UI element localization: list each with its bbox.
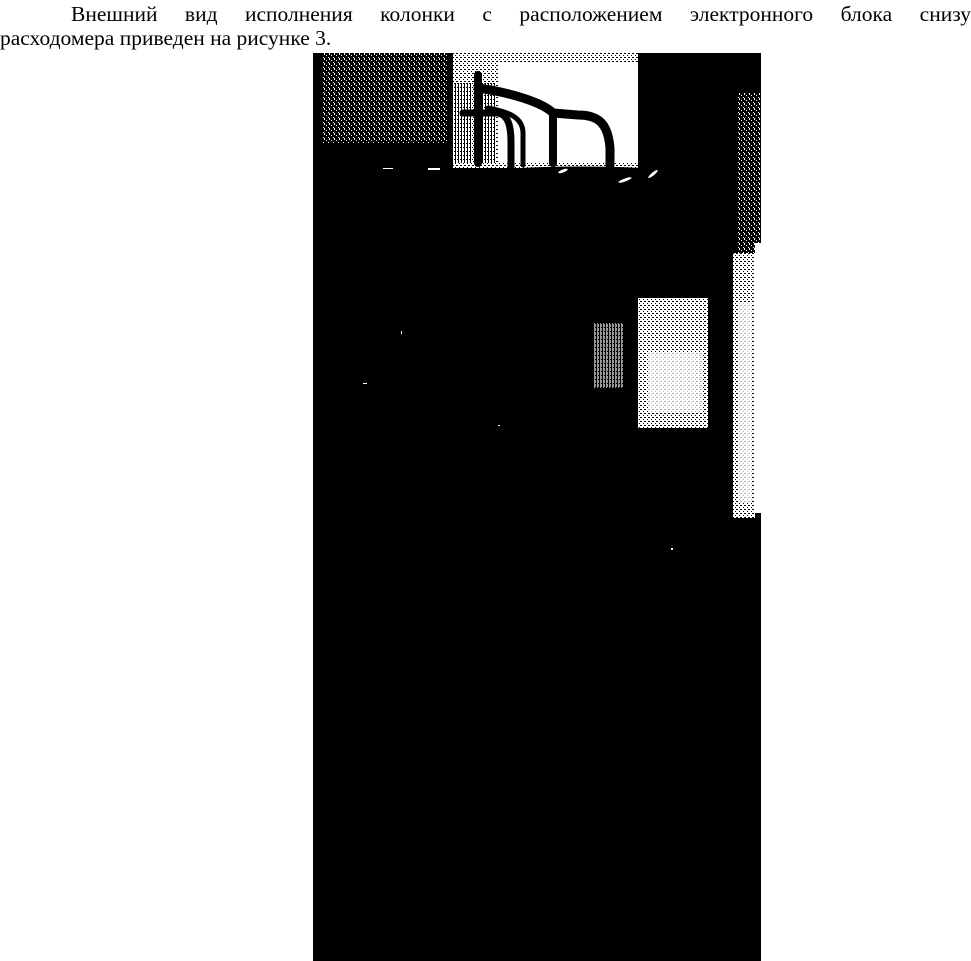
paragraph-line-2: расходомера приведен на рисунке 3.	[0, 26, 331, 50]
figure-3-photo	[313, 53, 761, 961]
speckles	[363, 168, 673, 550]
dispenser-photo-illustration	[313, 53, 761, 961]
paragraph-line-1: Внешний вид исполнения колонки с располо…	[71, 2, 971, 26]
right-door-frame	[733, 243, 761, 518]
reflection-patch	[593, 298, 708, 428]
